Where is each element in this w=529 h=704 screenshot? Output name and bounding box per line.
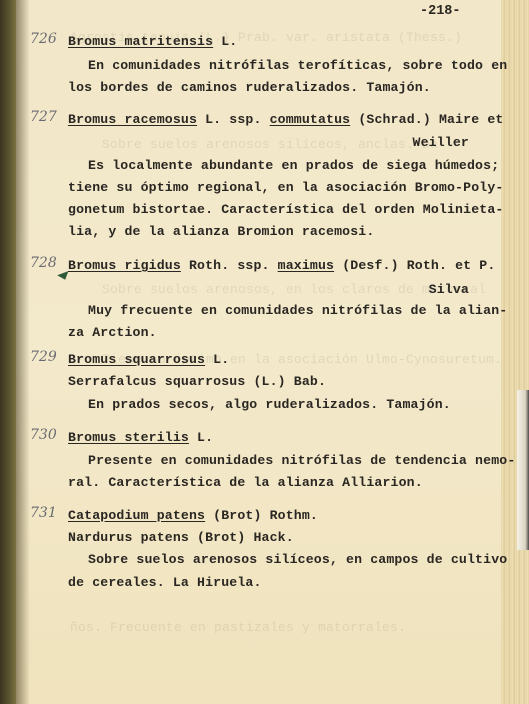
species-title: Bromus squarrosus L. [68, 352, 229, 367]
page-number: -218- [420, 4, 461, 19]
species-synonym: Serrafalcus squarrosus (L.) Bab. [68, 374, 326, 389]
species-name: Bromus sterilis [68, 430, 189, 445]
species-title: Bromus matritensis L. [68, 34, 237, 49]
species-title: Catapodium patens (Brot) Rothm. [68, 508, 318, 523]
species-description-line: En prados secos, algo ruderalizados. Tam… [88, 397, 451, 412]
species-description-line: Presente en comunidades nitrófilas de te… [88, 453, 515, 468]
species-description-line: Muy frecuente en comunidades nitrófilas … [88, 303, 507, 318]
species-description-line: ral. Característica de la alianza Alliar… [68, 475, 423, 490]
handwritten-entry-number: 730 [30, 427, 57, 443]
species-authority: Roth. ssp. [181, 258, 278, 273]
species-synonym: Nardurus patens (Brot) Hack. [68, 530, 294, 545]
species-description-line: los bordes de caminos ruderalizados. Tam… [68, 80, 431, 95]
species-title: Bromus racemosus L. ssp. commutatus (Sch… [68, 112, 503, 127]
handwritten-entry-number: 731 [30, 505, 57, 521]
species-description-line: gonetum bistortae. Característica del or… [68, 202, 503, 217]
bleed-through-text: ños. Frecuente en pastizales y matorrale… [70, 620, 406, 635]
species-authority: L. ssp. [197, 112, 270, 127]
species-name: Bromus racemosus [68, 112, 197, 127]
species-authority: L. [189, 430, 213, 445]
species-name: Catapodium patens [68, 508, 205, 523]
page-edge-stack [501, 0, 529, 704]
species-name: Bromus squarrosus [68, 352, 205, 367]
species-title: Bromus sterilis L. [68, 430, 213, 445]
bleed-through-text: Sobre suelos arenosos, en los claros de … [70, 282, 486, 297]
species-description-line: tiene su óptimo regional, en la asociaci… [68, 180, 503, 195]
species-name: commutatus [270, 112, 351, 127]
inserted-photo-edge [517, 390, 529, 550]
species-name: maximus [278, 258, 334, 273]
species-authority: (Brot) Rothm. [205, 508, 318, 523]
handwritten-entry-number: 728 [30, 255, 57, 271]
binding-shadow [16, 0, 30, 704]
species-title: Bromus rigidus Roth. ssp. maximus (Desf.… [68, 258, 495, 273]
species-name: Bromus matritensis [68, 34, 213, 49]
species-description-line: de cereales. La Hiruela. [68, 575, 262, 590]
species-authority: L. [205, 352, 229, 367]
handwritten-entry-number: 729 [30, 349, 57, 365]
handwritten-entry-number: 726 [30, 31, 57, 47]
species-description-line: za Arction. [68, 325, 157, 340]
species-description-line: lia, y de la alianza Bromion racemosi. [68, 224, 374, 239]
species-description-line: Sobre suelos arenosos silíceos, en campo… [88, 552, 507, 567]
book-binding [0, 0, 16, 704]
species-authority: (Schrad.) Maire et [350, 112, 503, 127]
species-authority: L. [213, 34, 237, 49]
bleed-through-text: Sobre suelos arenosos silíceos, anclas. … [70, 137, 438, 152]
species-description-line: En comunidades nitrófilas terofíticas, s… [88, 58, 507, 73]
species-authority: (Desf.) Roth. et P. [334, 258, 495, 273]
species-authority-continuation: Silva [429, 282, 469, 297]
handwritten-entry-number: 727 [30, 109, 57, 125]
species-authority-continuation: Weiller [413, 135, 469, 150]
species-name: Bromus rigidus [68, 258, 181, 273]
species-description-line: Es localmente abundante en prados de sie… [88, 158, 499, 173]
